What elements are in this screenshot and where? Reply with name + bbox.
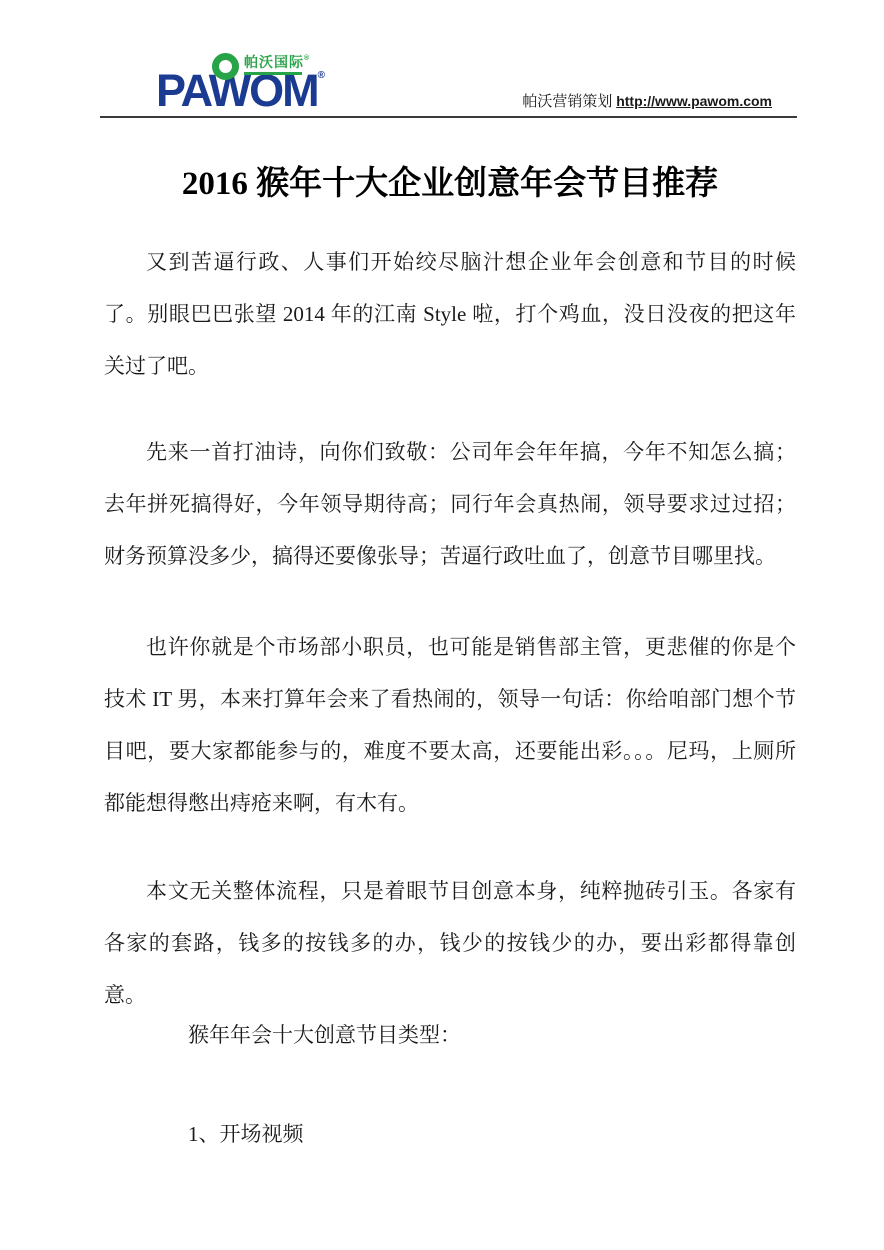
paragraph-1: 又到苦逼行政、人事们开始绞尽脑汁想企业年会创意和节目的时候了。别眼巴巴张望 20… (104, 236, 796, 392)
logo-ring-icon (212, 53, 239, 80)
paragraph-3: 也许你就是个市场部小职员，也可能是销售部主管，更悲催的你是个技术 IT 男，本来… (104, 621, 796, 829)
paragraph-4: 本文无关整体流程，只是着眼节目创意本身，纯粹抛砖引玉。各家有各家的套路，钱多的按… (104, 865, 796, 1021)
logo-cn-name: 帕沃国际 (244, 54, 304, 70)
section-label: 猴年年会十大创意节目类型： (104, 1009, 796, 1061)
header-company-text: 帕沃营销策划 (522, 94, 616, 110)
paragraph-2: 先来一首打油诗，向你们致敬：公司年会年年搞，今年不知怎么搞；去年拼死搞得好，今年… (104, 426, 796, 582)
logo-underline-bar (244, 72, 302, 75)
pawom-logo: PAWOM® 帕沃国际® (156, 46, 346, 116)
header-divider (100, 116, 797, 118)
header-right: 帕沃营销策划 http://www.pawom.com (522, 90, 772, 111)
header-website-link[interactable]: http://www.pawom.com (616, 93, 772, 109)
logo-cn-text: 帕沃国际® (244, 55, 309, 69)
registered-mark-icon: ® (304, 55, 309, 62)
page-title: 2016 猴年十大企业创意年会节目推荐 (104, 160, 796, 208)
registered-mark-icon: ® (318, 70, 325, 81)
document-page: PAWOM® 帕沃国际® 帕沃营销策划 http://www.pawom.com… (0, 0, 884, 1250)
list-item: 1、开场视频 (104, 1108, 796, 1160)
